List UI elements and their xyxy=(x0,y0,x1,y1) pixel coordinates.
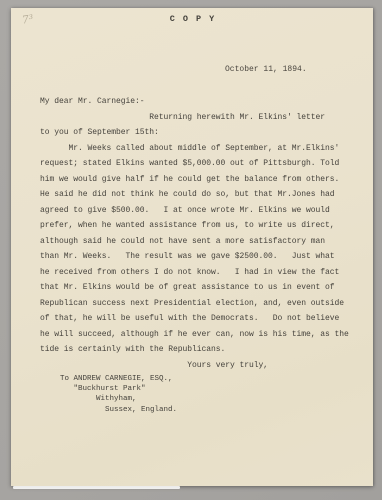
body-line: request; stated Elkins wanted $5,000.00 … xyxy=(40,156,349,172)
body-line: My dear Mr. Carnegie:- xyxy=(40,94,349,110)
body-line: he received from others I do not know. I… xyxy=(40,265,349,281)
address-line: "Buckhurst Park" xyxy=(60,384,177,394)
address-line: Sussex, England. xyxy=(60,405,177,415)
closing-line: Yours very truly, xyxy=(40,358,349,374)
letter-body: My dear Mr. Carnegie:- Returning herewit… xyxy=(40,94,349,373)
body-line: him we would give half if he could get t… xyxy=(40,172,349,188)
body-line: to you of September 15th: xyxy=(40,125,349,141)
body-line: he will succeed, although if he ever can… xyxy=(40,327,349,343)
body-line: He said he did not think he could do so,… xyxy=(40,187,349,203)
scan-background: 7³ COPY October 11, 1894. My dear Mr. Ca… xyxy=(0,0,382,500)
paper-edge-highlight xyxy=(13,486,180,489)
body-line: Mr. Weeks called about middle of Septemb… xyxy=(40,141,349,157)
copy-heading: COPY xyxy=(11,14,373,24)
body-line: tide is certainly with the Republicans. xyxy=(40,342,349,358)
date-line: October 11, 1894. xyxy=(225,65,307,74)
body-line: Returning herewith Mr. Elkins' letter xyxy=(40,110,349,126)
body-line: than Mr. Weeks. The result was we gave $… xyxy=(40,249,349,265)
body-line: Republican success next Presidential ele… xyxy=(40,296,349,312)
body-line: agreed to give $500.00. I at once wrote … xyxy=(40,203,349,219)
recipient-address-block: To ANDREW CARNEGIE, ESQ., "Buckhurst Par… xyxy=(60,374,177,415)
body-line: prefer, when he wanted assistance from u… xyxy=(40,218,349,234)
body-line: of that, he will be useful with the Demo… xyxy=(40,311,349,327)
body-line: although said he could not have sent a m… xyxy=(40,234,349,250)
address-line: To ANDREW CARNEGIE, ESQ., xyxy=(60,374,177,384)
letter-page: 7³ COPY October 11, 1894. My dear Mr. Ca… xyxy=(11,8,373,486)
body-line: that Mr. Elkins would be of great assist… xyxy=(40,280,349,296)
address-line: Withyham, xyxy=(60,394,177,404)
